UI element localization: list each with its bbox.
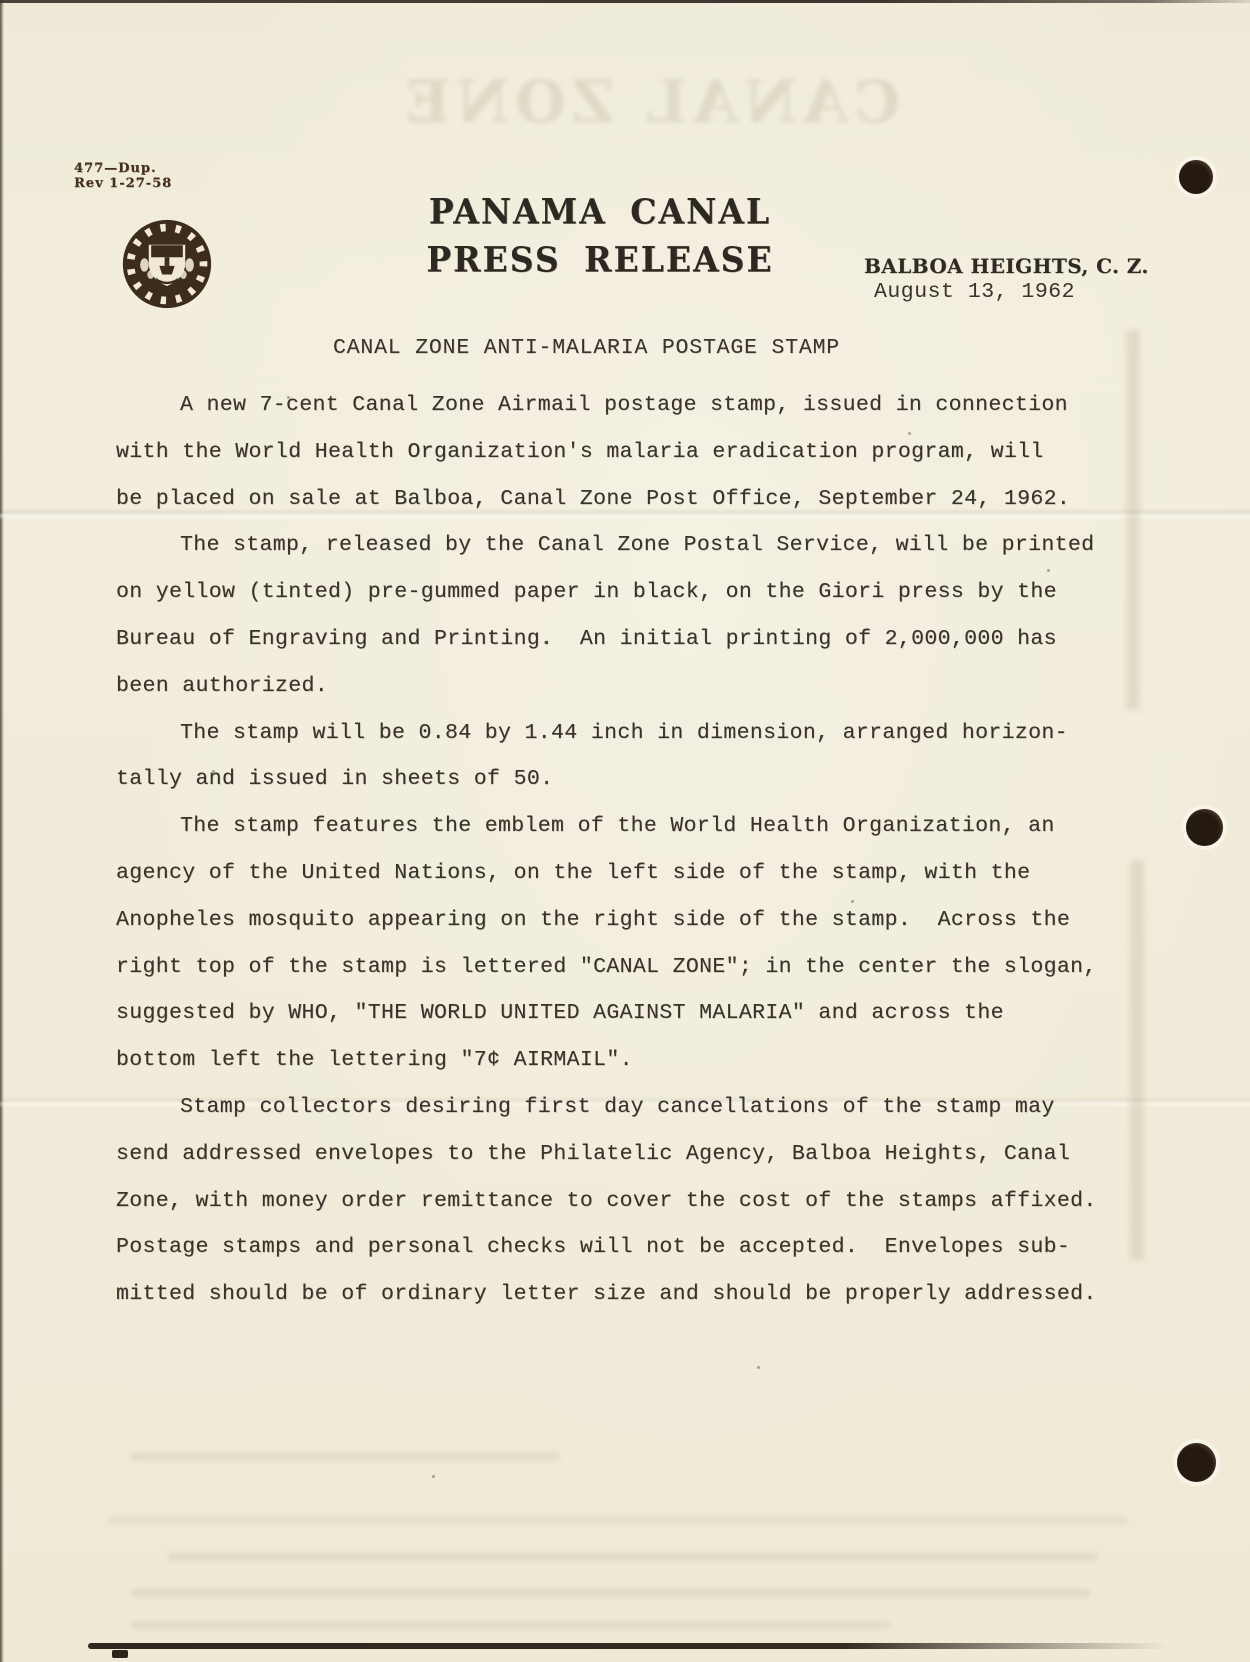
body-line: The stamp will be 0.84 by 1.44 inch in d… <box>116 710 1116 757</box>
body-line: suggested by WHO, "THE WORLD UNITED AGAI… <box>116 990 1116 1037</box>
masthead-title-line2: PRESS RELEASE <box>420 235 780 285</box>
body-line: Anopheles mosquito appearing on the righ… <box>116 897 1116 944</box>
body-line: The stamp, released by the Canal Zone Po… <box>116 522 1116 569</box>
bleed-through-margin-smudge <box>1130 860 1144 1260</box>
body-line: send addressed envelopes to the Philatel… <box>116 1131 1116 1178</box>
press-release-scan-page: CANAL ZONE 477—Dup. Rev 1-27-58 PANAMA C… <box>0 0 1250 1662</box>
masthead-title-line1: PANAMA CANAL <box>420 187 780 237</box>
body-line: Stamp collectors desiring first day canc… <box>116 1084 1116 1131</box>
paper-speck <box>287 396 290 399</box>
paper-speck <box>757 1366 760 1369</box>
dateline-location: BALBOA HEIGHTS, C. Z. <box>864 254 1149 278</box>
body-line: on yellow (tinted) pre-gummed paper in b… <box>116 569 1116 616</box>
body-line: agency of the United Nations, on the lef… <box>116 850 1116 897</box>
release-body-text: A new 7-cent Canal Zone Airmail postage … <box>116 382 1116 1318</box>
scan-edge-left <box>0 0 4 1662</box>
form-number-stamp: 477—Dup. Rev 1-27-58 <box>74 161 172 191</box>
body-line: Zone, with money order remittance to cov… <box>116 1178 1116 1225</box>
punch-hole-middle <box>1186 809 1223 846</box>
paper-speck <box>212 770 215 773</box>
body-line: mitted should be of ordinary letter size… <box>116 1271 1116 1318</box>
punch-hole-bottom <box>1177 1443 1216 1482</box>
bleed-through-line <box>168 1552 1098 1562</box>
panama-canal-seal-icon <box>119 216 215 312</box>
body-line: Postage stamps and personal checks will … <box>116 1224 1116 1271</box>
paper-speck <box>1047 569 1050 572</box>
scan-corner-mark <box>112 1650 128 1658</box>
scan-edge-bottom <box>88 1643 1168 1649</box>
bleed-through-margin-smudge <box>1126 330 1140 710</box>
paper-speck <box>544 641 547 644</box>
paper-speck <box>851 900 854 903</box>
body-line: bottom left the lettering "7¢ AIRMAIL". <box>116 1037 1116 1084</box>
body-line: tally and issued in sheets of 50. <box>116 756 1116 803</box>
paper-speck <box>908 432 911 435</box>
paper-speck <box>432 1475 435 1478</box>
bleed-through-ghost-text: CANAL ZONE <box>240 68 1060 136</box>
masthead: PANAMA CANAL PRESS RELEASE <box>420 188 780 284</box>
bleed-through-line <box>130 1620 890 1630</box>
body-line: right top of the stamp is lettered "CANA… <box>116 944 1116 991</box>
body-line: The stamp features the emblem of the Wor… <box>116 803 1116 850</box>
scan-edge-top <box>0 0 1250 3</box>
body-line: A new 7-cent Canal Zone Airmail postage … <box>116 382 1116 429</box>
dateline-date: August 13, 1962 <box>874 280 1075 304</box>
punch-hole-top <box>1179 160 1213 194</box>
bleed-through-line <box>108 1516 1128 1525</box>
body-line: with the World Health Organization's mal… <box>116 429 1116 476</box>
form-number: 477—Dup. <box>74 161 172 176</box>
bleed-through-line <box>130 1588 1090 1598</box>
release-headline: CANAL ZONE ANTI-MALARIA POSTAGE STAMP <box>333 336 840 360</box>
bleed-through-line <box>130 1452 560 1461</box>
body-line: been authorized. <box>116 663 1116 710</box>
form-revision-date: Rev 1-27-58 <box>74 176 172 191</box>
body-line: be placed on sale at Balboa, Canal Zone … <box>116 476 1116 523</box>
body-line: Bureau of Engraving and Printing. An ini… <box>116 616 1116 663</box>
